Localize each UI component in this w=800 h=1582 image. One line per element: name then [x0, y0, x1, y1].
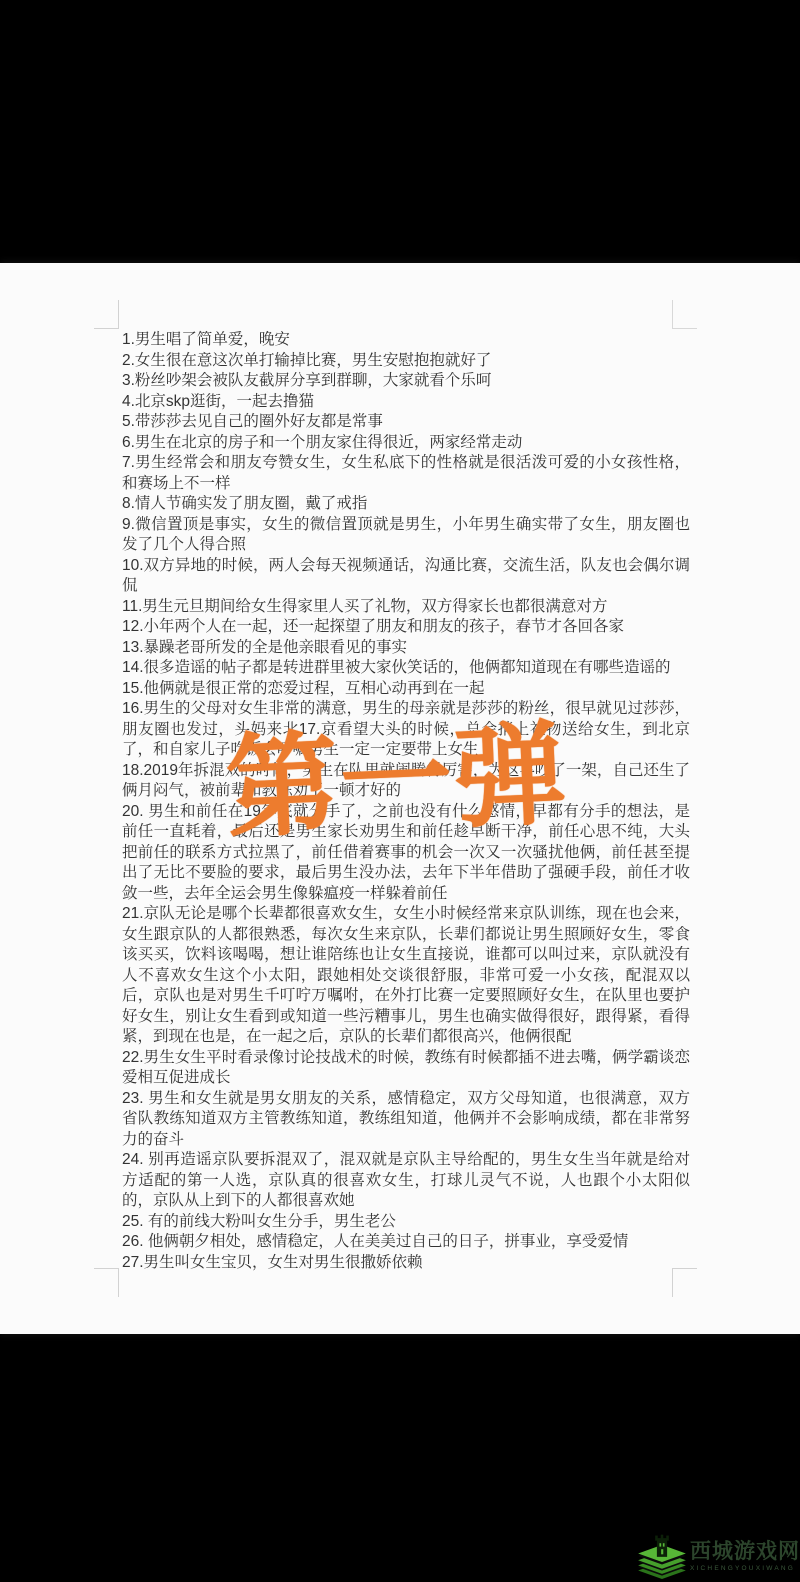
list-item: 2.女生很在意这次单打输掉比赛，男生安慰抱抱就好了	[122, 351, 690, 372]
list-item: 21.京队无论是哪个长辈都很喜欢女生，女生小时候经常来京队训练，现在也会来，女生…	[122, 904, 690, 1048]
list-item: 15.他俩就是很正常的恋爱过程，互相心动再到在一起	[122, 679, 690, 700]
list-item: 13.暴躁老哥所发的全是他亲眼看见的事实	[122, 638, 690, 659]
list-item: 1.男生唱了简单爱，晚安	[122, 330, 690, 351]
site-watermark: 西城游戏网 XICHENGYOUXIWANG	[636, 1533, 800, 1579]
list-item: 25. 有的前线大粉叫女生分手，男生老公	[122, 1212, 690, 1233]
crop-mark-top-left	[94, 300, 119, 329]
list-item: 14.很多造谣的帖子都是转进群里被大家伙笑话的，他俩都知道现在有哪些造谣的	[122, 658, 690, 679]
brand-logo-icon	[636, 1533, 688, 1579]
list-item: 3.粉丝吵架会被队友截屏分享到群聊，大家就看个乐呵	[122, 371, 690, 392]
list-item: 23. 男生和女生就是男女朋友的关系，感情稳定，双方父母知道，也很满意，双方省队…	[122, 1089, 690, 1151]
list-item: 12.小年两个人在一起，还一起探望了朋友和朋友的孩子，春节才各回各家	[122, 617, 690, 638]
list-item: 22.男生女生平时看录像讨论技战术的时候，教练有时候都插不进去嘴，俩学霸谈恋爱相…	[122, 1048, 690, 1089]
screenshot-stage: 1.男生唱了简单爱，晚安2.女生很在意这次单打输掉比赛，男生安慰抱抱就好了3.粉…	[0, 0, 800, 1582]
list-item: 26. 他俩朝夕相处，感情稳定，人在美美过自己的日子，拼事业，享受爱情	[122, 1232, 690, 1253]
list-item: 8.情人节确实发了朋友圈，戴了戒指	[122, 494, 690, 515]
list-item: 11.男生元旦期间给女生得家里人买了礼物，双方得家长也都很满意对方	[122, 597, 690, 618]
brand-name: 西城游戏网	[690, 1540, 800, 1564]
list-item: 10.双方异地的时候，两人会每天视频通话，沟通比赛，交流生活，队友也会偶尔调侃	[122, 556, 690, 597]
list-item: 24. 别再造谣京队要拆混双了，混双就是京队主导给配的，男生女生当年就是给对方适…	[122, 1150, 690, 1212]
watermark-text: 第一弹	[223, 713, 570, 851]
crop-mark-bottom-left	[94, 1268, 119, 1297]
list-item: 9.微信置顶是事实，女生的微信置顶就是男生，小年男生确实带了女生，朋友圈也发了几…	[122, 515, 690, 556]
crop-mark-top-right	[672, 300, 697, 329]
list-item: 6.男生在北京的房子和一个朋友家住得很近，两家经常走动	[122, 433, 690, 454]
list-item: 27.男生叫女生宝贝，女生对男生很撒娇依赖	[122, 1253, 690, 1274]
list-item: 4.北京skp逛街，一起去撸猫	[122, 392, 690, 413]
brand-name-latin: XICHENGYOUXIWANG	[690, 1564, 800, 1573]
list-item: 7.男生经常会和朋友夸赞女生，女生私底下的性格就是很活泼可爱的小女孩性格，和赛场…	[122, 453, 690, 494]
list-item: 5.带莎莎去见自己的圈外好友都是常事	[122, 412, 690, 433]
